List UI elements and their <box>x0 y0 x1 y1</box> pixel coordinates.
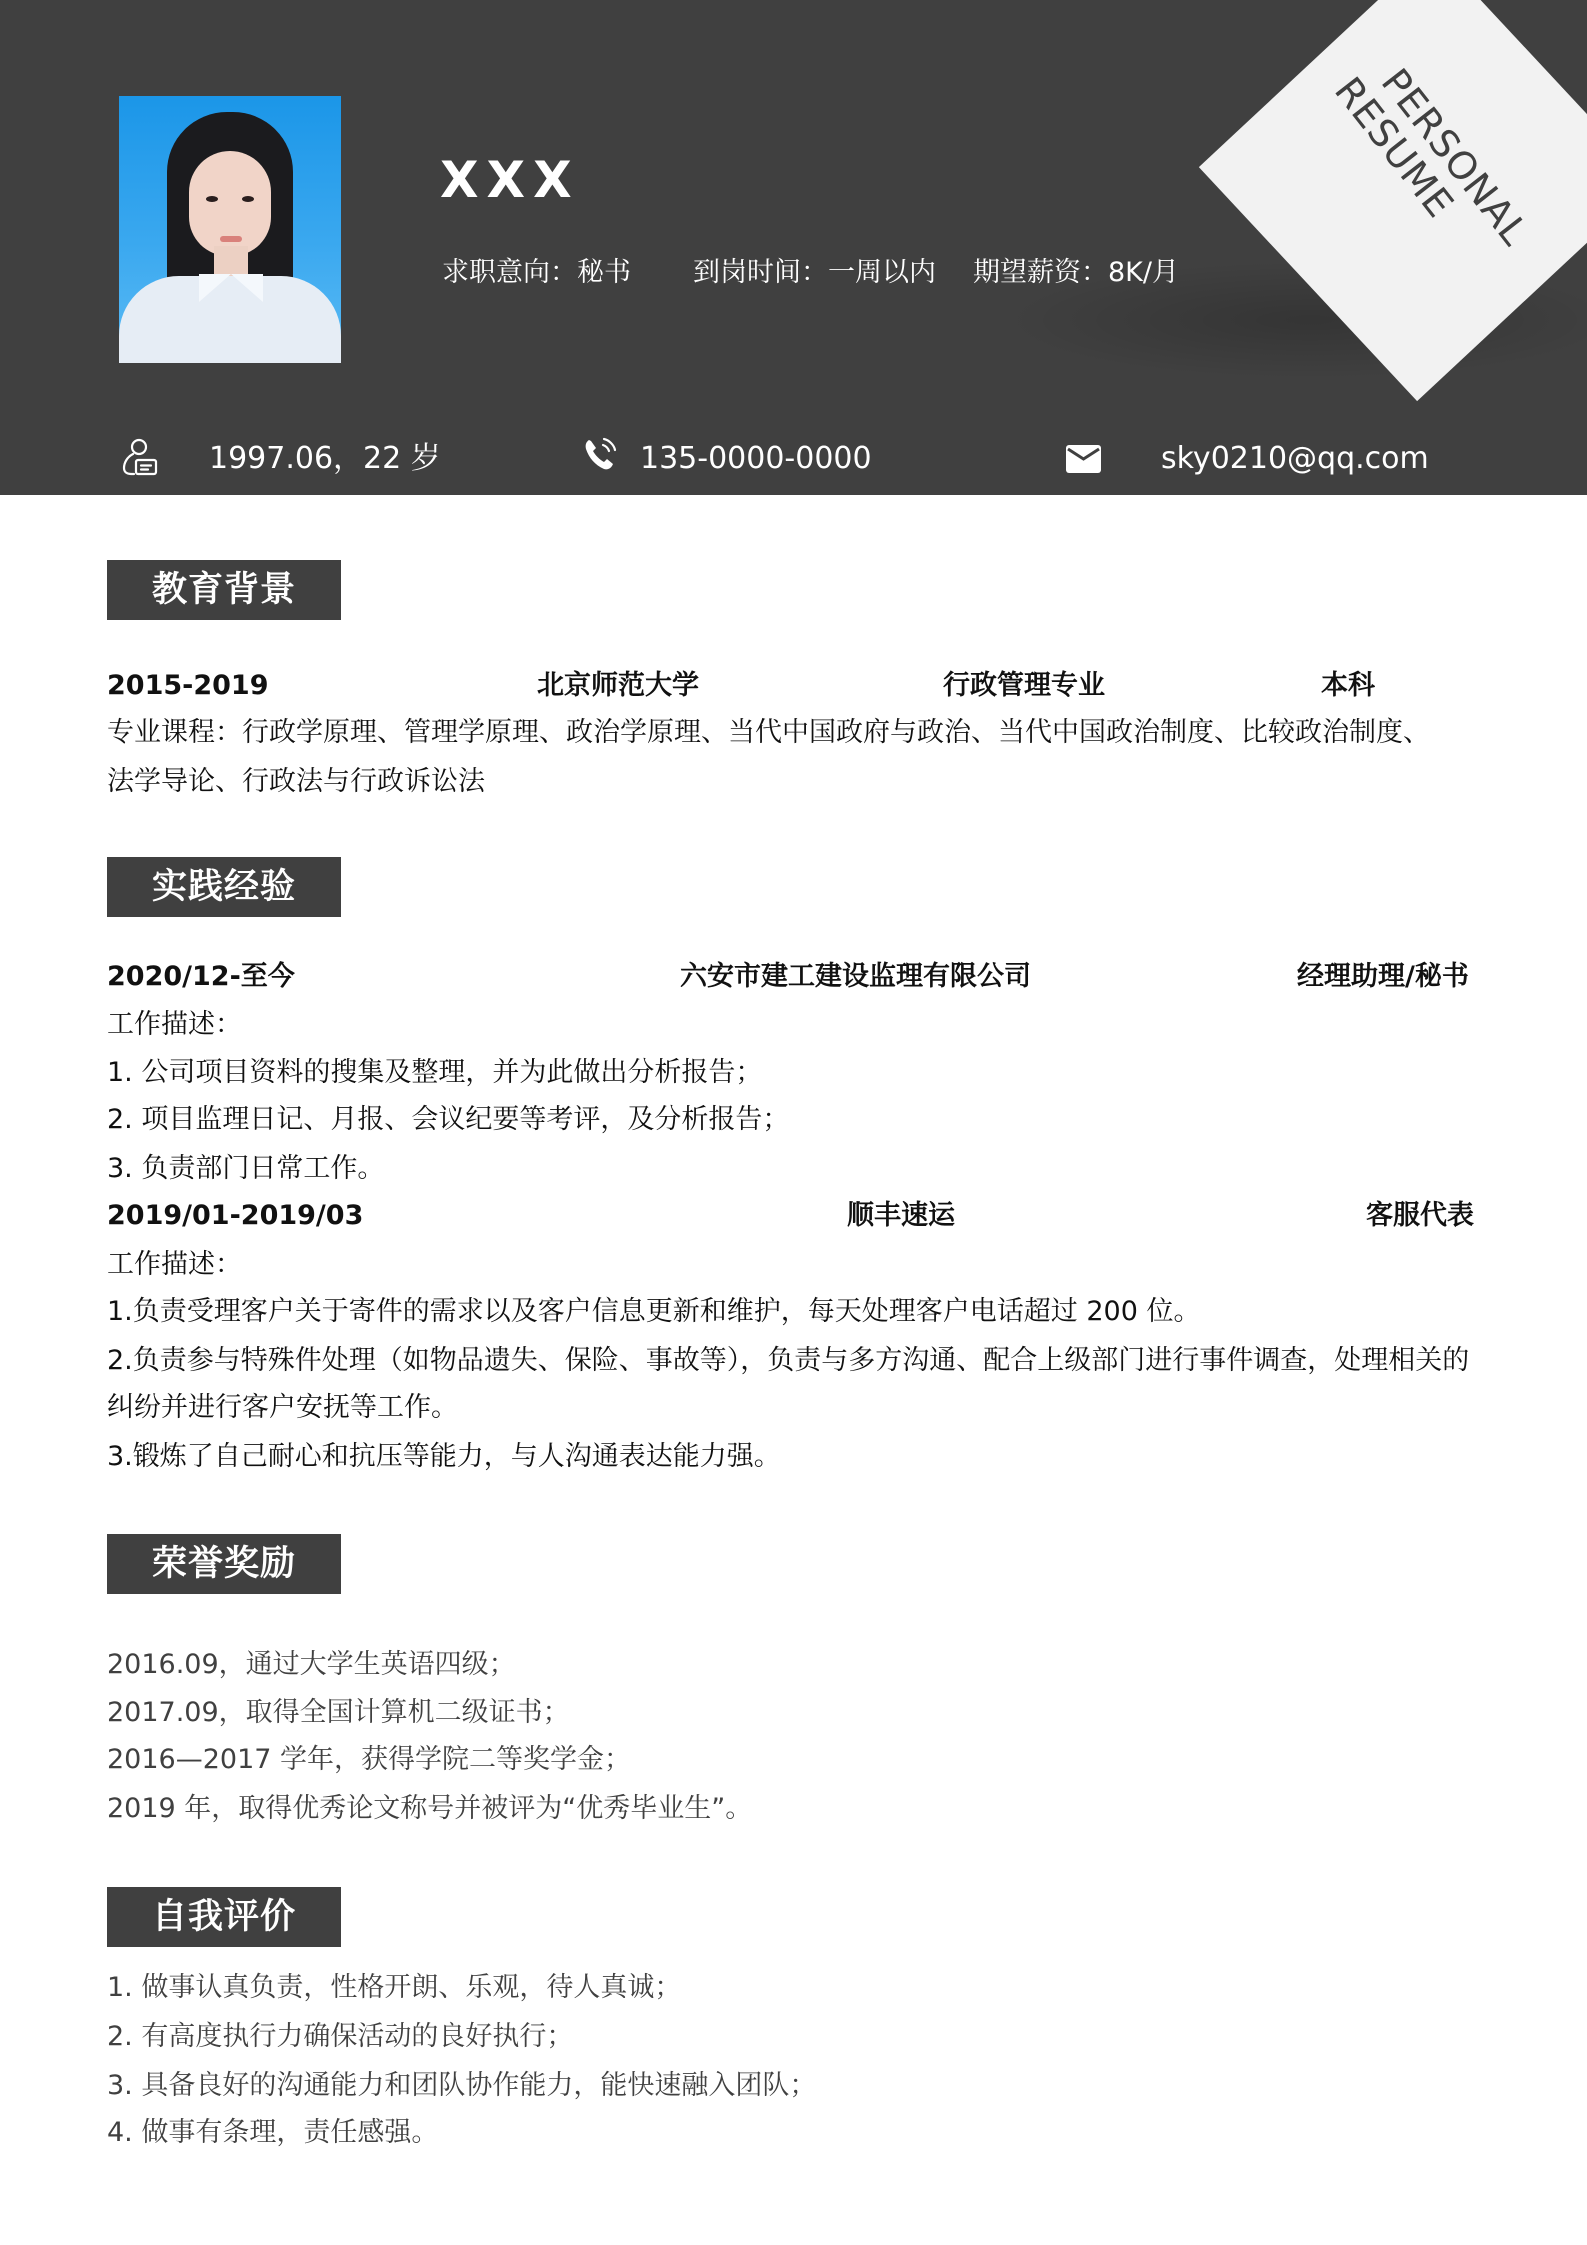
job2-desc-label: 工作描述： <box>107 1245 242 1285</box>
edu-courses-line2: 法学导论、行政法与行政诉讼法 <box>107 762 485 802</box>
job1-desc-line: 2. 项目监理日记、月报、会议纪要等考评，及分析报告； <box>107 1100 789 1140</box>
edu-period: 2015-2019 <box>107 666 269 706</box>
self-eval-item: 1. 做事认真负责，性格开朗、乐观，待人真诚； <box>107 1968 681 2008</box>
job2-desc-line: 纠纷并进行客户安抚等工作。 <box>107 1388 458 1428</box>
phone-number[interactable]: 135-0000-0000 <box>640 440 872 478</box>
job1-desc-line: 3. 负责部门日常工作。 <box>107 1149 384 1189</box>
birth-age: 1997.06，22 岁 <box>209 440 441 478</box>
candidate-name: XXX <box>440 150 580 210</box>
section-title-education: 教育背景 <box>107 560 341 620</box>
job2-desc-line: 2.负责参与特殊件处理（如物品遗失、保险、事故等），负责与多方沟通、配合上级部门… <box>107 1341 1469 1381</box>
honor-item: 2019 年，取得优秀论文称号并被评为“优秀毕业生”。 <box>107 1789 752 1829</box>
job2-role: 客服代表 <box>1366 1196 1474 1236</box>
job2-company: 顺丰速运 <box>847 1196 955 1236</box>
edu-courses-line1: 专业课程：行政学原理、管理学原理、政治学原理、当代中国政府与政治、当代中国政治制… <box>107 713 1430 753</box>
job-intent: 求职意向：秘书 <box>442 255 631 291</box>
honor-item: 2017.09，取得全国计算机二级证书； <box>107 1693 570 1733</box>
section-title-honors: 荣誉奖励 <box>107 1534 341 1594</box>
phone-icon <box>583 436 619 476</box>
email-address[interactable]: sky0210@qq.com <box>1161 440 1429 478</box>
edu-degree: 本科 <box>1321 666 1375 706</box>
person-card-icon <box>121 437 161 481</box>
job2-desc-line: 3.锻炼了自己耐心和抗压等能力，与人沟通表达能力强。 <box>107 1437 781 1477</box>
section-title-self-evaluation: 自我评价 <box>107 1887 341 1947</box>
honor-item: 2016—2017 学年，获得学院二等奖学金； <box>107 1740 631 1780</box>
job2-period: 2019/01-2019/03 <box>107 1196 363 1236</box>
job2-desc-line: 1.负责受理客户关于寄件的需求以及客户信息更新和维护，每天处理客户电话超过 20… <box>107 1292 1200 1332</box>
self-eval-item: 4. 做事有条理，责任感强。 <box>107 2113 438 2153</box>
self-eval-item: 2. 有高度执行力确保活动的良好执行； <box>107 2017 573 2057</box>
job1-desc-line: 1. 公司项目资料的搜集及整理，并为此做出分析报告； <box>107 1053 762 1093</box>
edu-school: 北京师范大学 <box>537 666 699 706</box>
available-time: 到岗时间：一周以内 <box>693 255 936 291</box>
job1-desc-label: 工作描述： <box>107 1005 242 1045</box>
edu-major: 行政管理专业 <box>943 666 1105 706</box>
job1-role: 经理助理/秘书 <box>1297 957 1469 997</box>
profile-photo <box>119 96 341 363</box>
mail-icon <box>1066 445 1101 477</box>
job1-period: 2020/12-至今 <box>107 957 295 997</box>
honor-item: 2016.09，通过大学生英语四级； <box>107 1645 516 1685</box>
section-title-experience: 实践经验 <box>107 857 341 917</box>
resume-header: XXX 求职意向：秘书 到岗时间：一周以内 期望薪资：8K/月 PERSONAL… <box>0 0 1587 495</box>
job1-company: 六安市建工建设监理有限公司 <box>680 957 1031 997</box>
self-eval-item: 3. 具备良好的沟通能力和团队协作能力，能快速融入团队； <box>107 2066 816 2106</box>
